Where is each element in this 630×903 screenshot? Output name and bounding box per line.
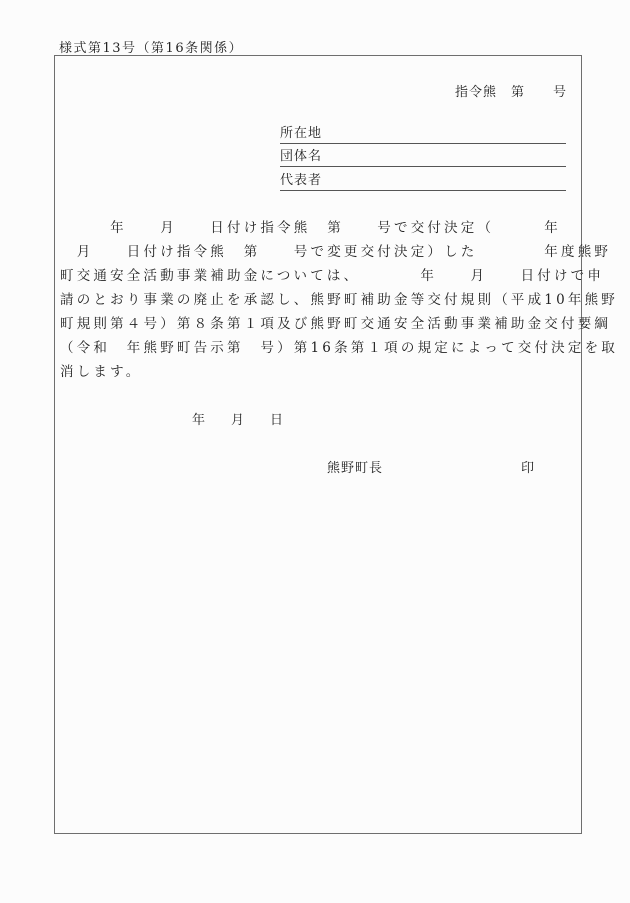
reference-number: 指令熊 第 号 (447, 81, 567, 100)
address-label: 所在地 (280, 126, 322, 141)
seal-mark: 印 (521, 457, 534, 476)
organization-label: 団体名 (280, 149, 322, 164)
body-line: （令和 年熊野町告示第 号）第16条第１項の規定によって交付決定を取 (60, 339, 565, 357)
address-field: 所在地 (280, 125, 566, 144)
organization-field: 団体名 (280, 148, 566, 167)
body-line: 消します。 (60, 363, 565, 381)
body-line: 町交通安全活動事業補助金については、 年 月 日付けで申 (60, 267, 565, 285)
issue-date: 年 月 日 (192, 409, 283, 428)
form-number-label: 様式第13号（第16条関係） (59, 37, 243, 56)
representative-label: 代表者 (280, 173, 322, 188)
document-frame: 指令熊 第 号 所在地 団体名 代表者 年 月 日付け指令熊 第 号で交付決定（… (54, 55, 582, 834)
body-line: 年 月 日付け指令熊 第 号で交付決定（ 年 (60, 219, 565, 237)
representative-field: 代表者 (280, 172, 566, 191)
body-line: 請のとおり事業の廃止を承認し、熊野町補助金等交付規則（平成10年熊野 (60, 291, 565, 309)
body-line: 町規則第４号）第８条第１項及び熊野町交通安全活動事業補助金交付要綱 (60, 315, 565, 333)
body-line: 月 日付け指令熊 第 号で変更交付決定）した 年度熊野 (60, 243, 565, 261)
signer-title: 熊野町長 (327, 457, 383, 476)
